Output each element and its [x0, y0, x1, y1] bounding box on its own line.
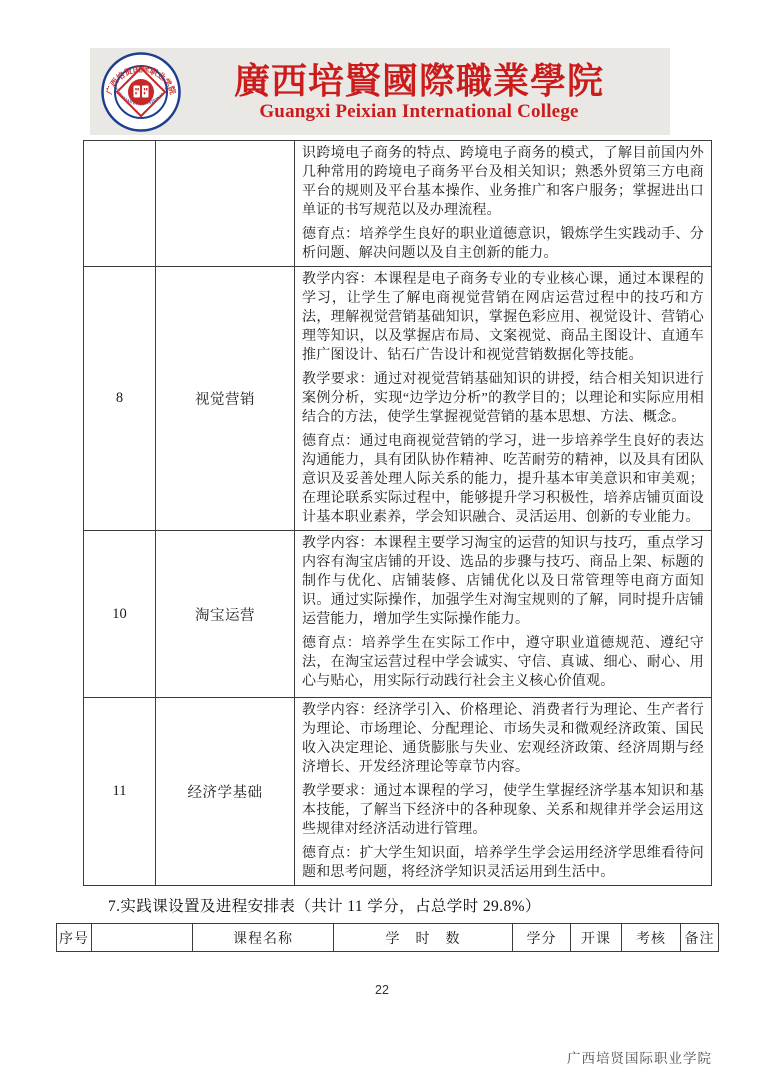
header-cell-hours: 学 时 数	[334, 924, 513, 952]
college-seal-icon: 广西培贤国际职业学院 GUANGXI PEIXIAN INTERNATIONAL…	[100, 51, 182, 133]
course-paragraph: 教学要求：通过对视觉营销基础知识的讲授，结合相关知识进行案例分析，实现“边学边分…	[302, 370, 704, 427]
header-cell-credit: 学分	[513, 924, 571, 952]
course-paragraph: 德育点：培养学生在实际工作中，遵守职业道德规范、遵纪守法，在淘宝运营过程中学会诚…	[302, 634, 704, 691]
header-cell-blank	[92, 924, 193, 952]
course-description-table: 识跨境电子商务的特点、跨境电子商务的模式，了解目前国内外几种常用的跨境电子商务平…	[83, 140, 712, 886]
college-logo: 广西培贤国际职业学院 GUANGXI PEIXIAN INTERNATIONAL…	[100, 51, 182, 133]
course-paragraph: 识跨境电子商务的特点、跨境电子商务的模式，了解目前国内外几种常用的跨境电子商务平…	[302, 144, 704, 220]
document-page: 广西培贤国际职业学院 GUANGXI PEIXIAN INTERNATIONAL…	[0, 0, 764, 1080]
college-titles: 廣西培賢國際職業學院 Guangxi Peixian International…	[182, 61, 670, 123]
table-row: 10 淘宝运营 教学内容：本课程主要学习淘宝的运营的知识与技巧，重点学习内容有淘…	[84, 531, 712, 698]
course-no-cell: 8	[84, 267, 156, 531]
course-detail-cell: 教学内容：本课程是电子商务专业的专业核心课，通过本课程的学习，让学生了解电商视觉…	[295, 267, 712, 531]
college-name-english: Guangxi Peixian International College	[259, 101, 578, 123]
course-no-cell	[84, 141, 156, 267]
course-detail-cell: 识跨境电子商务的特点、跨境电子商务的模式，了解目前国内外几种常用的跨境电子商务平…	[295, 141, 712, 267]
course-paragraph: 德育点：通过电商视觉营销的学习，进一步培养学生良好的表达沟通能力，具有团队协作精…	[302, 432, 704, 527]
page-number: 22	[0, 983, 764, 997]
header-cell-exam: 考核	[622, 924, 681, 952]
course-paragraph: 教学要求：通过本课程的学习，使学生掌握经济学基本知识和基本技能，了解当下经济中的…	[302, 782, 704, 839]
header-cell-course: 课程名称	[193, 924, 334, 952]
course-name-cell: 淘宝运营	[156, 531, 295, 698]
course-no-cell: 10	[84, 531, 156, 698]
table-row: 8 视觉营销 教学内容：本课程是电子商务专业的专业核心课，通过本课程的学习，让学…	[84, 267, 712, 531]
course-paragraph: 德育点：扩大学生知识面，培养学生学会运用经济学思维看待问题和思考问题，将经济学知…	[302, 844, 704, 882]
course-name-cell: 视觉营销	[156, 267, 295, 531]
table-row: 识跨境电子商务的特点、跨境电子商务的模式，了解目前国内外几种常用的跨境电子商务平…	[84, 141, 712, 267]
header-cell-remark: 备注	[681, 924, 719, 952]
table-row: 11 经济学基础 教学内容：经济学引入、价格理论、消费者行为理论、生产者行为理论…	[84, 698, 712, 886]
seal-center	[128, 79, 154, 105]
course-detail-cell: 教学内容：经济学引入、价格理论、消费者行为理论、生产者行为理论、市场理论、分配理…	[295, 698, 712, 886]
college-name-chinese: 廣西培賢國際職業學院	[234, 61, 604, 101]
course-name-cell: 经济学基础	[156, 698, 295, 886]
course-no-cell: 11	[84, 698, 156, 886]
course-paragraph: 教学内容：本课程是电子商务专业的专业核心课，通过本课程的学习，让学生了解电商视觉…	[302, 270, 704, 365]
course-paragraph: 教学内容：本课程主要学习淘宝的运营的知识与技巧，重点学习内容有淘宝店铺的开设、选…	[302, 534, 704, 629]
college-header-banner: 广西培贤国际职业学院 GUANGXI PEIXIAN INTERNATIONAL…	[90, 48, 670, 135]
course-name-cell	[156, 141, 295, 267]
course-detail-cell: 教学内容：本课程主要学习淘宝的运营的知识与技巧，重点学习内容有淘宝店铺的开设、选…	[295, 531, 712, 698]
course-paragraph: 教学内容：经济学引入、价格理论、消费者行为理论、生产者行为理论、市场理论、分配理…	[302, 701, 704, 777]
header-cell-no: 序号	[57, 924, 92, 952]
practice-header-row: 序号 课程名称 学 时 数 学分 开课 考核 备注	[57, 924, 719, 952]
practice-course-table: 序号 课程名称 学 时 数 学分 开课 考核 备注	[56, 923, 719, 952]
course-paragraph: 德育点：培养学生良好的职业道德意识，锻炼学生实践动手、分析问题、解决问题以及自主…	[302, 225, 704, 263]
footer-watermark: 广西培贤国际职业学院	[567, 1047, 712, 1067]
header-cell-term: 开课	[571, 924, 622, 952]
section-7-heading: 7.实践课设置及进程安排表（共计 11 学分，占总学时 29.8%）	[108, 894, 541, 916]
